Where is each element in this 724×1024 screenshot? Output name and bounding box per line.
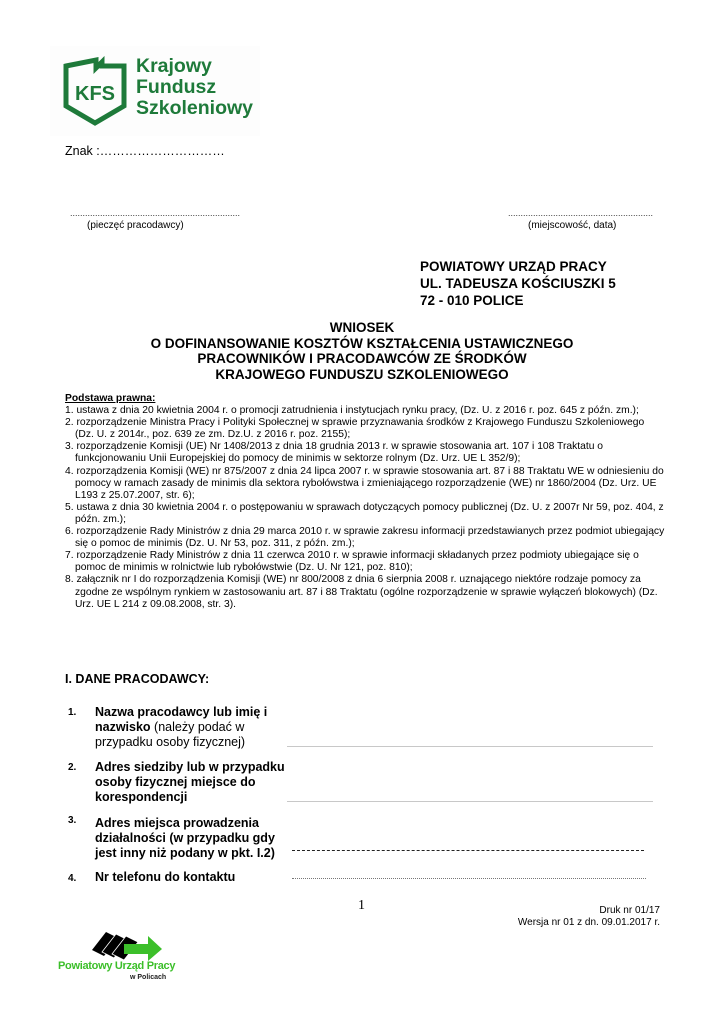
legal-item: 7. rozporządzenie Rady Ministrów z dnia … (65, 550, 665, 574)
legal-basis-heading: Podstawa prawna: (65, 393, 665, 405)
legal-item: 5. ustawa z dnia 30 kwietnia 2004 r. o p… (65, 502, 665, 526)
legal-item: 8. załącznik nr I do rozporządzenia Komi… (65, 574, 665, 610)
employer-stamp-label: (pieczęć pracodawcy) (87, 220, 184, 231)
legal-item: 3. rozporządzenie Komisji (UE) Nr 1408/2… (65, 441, 665, 465)
address-input[interactable] (287, 801, 653, 802)
pup-logo: Powiatowy Urząd Pracy w Policach (58, 926, 198, 986)
kfs-logo: KFS Krajowy Fundusz Szkoleniowy (50, 46, 260, 136)
kfs-logo-text: Krajowy Fundusz Szkoleniowy (136, 56, 253, 119)
business-address-input[interactable] (292, 850, 644, 851)
svg-text:KFS: KFS (75, 83, 115, 105)
document-title: WNIOSEK O DOFINANSOWANIE KOSZTÓW KSZTAŁC… (0, 320, 724, 382)
field-number: 1. (68, 707, 76, 718)
employer-name-input[interactable] (287, 746, 653, 747)
place-date-field[interactable]: ........................................… (508, 208, 653, 218)
addressee-block: POWIATOWY URZĄD PRACY UL. TADEUSZA KOŚCI… (420, 258, 616, 309)
field-number: 3. (68, 815, 76, 826)
place-date-label: (miejscowość, data) (528, 220, 616, 231)
phone-input[interactable] (292, 878, 646, 879)
section-employer-heading: I. DANE PRACODAWCY: (65, 672, 209, 686)
field-number: 2. (68, 762, 76, 773)
kfs-shield-icon: KFS (62, 56, 128, 126)
documents-arrow-icon (88, 928, 198, 962)
page-number: 1 (358, 898, 365, 914)
field-label-address: Adres siedziby lub w przypadku osoby fiz… (95, 760, 285, 805)
print-info: Druk nr 01/17 Wersja nr 01 z dn. 09.01.2… (518, 905, 660, 929)
legal-basis: Podstawa prawna: 1. ustawa z dnia 20 kwi… (65, 393, 665, 611)
field-number: 4. (68, 873, 76, 884)
legal-item: 1. ustawa z dnia 20 kwietnia 2004 r. o p… (65, 405, 665, 417)
field-label-phone: Nr telefonu do kontaktu (95, 870, 295, 885)
employer-stamp-field[interactable]: ........................................… (70, 208, 240, 218)
legal-item: 6. rozporządzenie Rady Ministrów z dnia … (65, 526, 665, 550)
legal-item: 4. rozporządzenia Komisji (WE) nr 875/20… (65, 466, 665, 502)
legal-item: 2. rozporządzenie Ministra Pracy i Polit… (65, 417, 665, 441)
field-label-employer-name: Nazwa pracodawcy lub imię i nazwisko (na… (95, 705, 285, 750)
field-label-business-address: Adres miejsca prowadzenia działalności (… (95, 816, 285, 861)
reference-number-field[interactable]: Znak :………………………… (65, 144, 225, 158)
